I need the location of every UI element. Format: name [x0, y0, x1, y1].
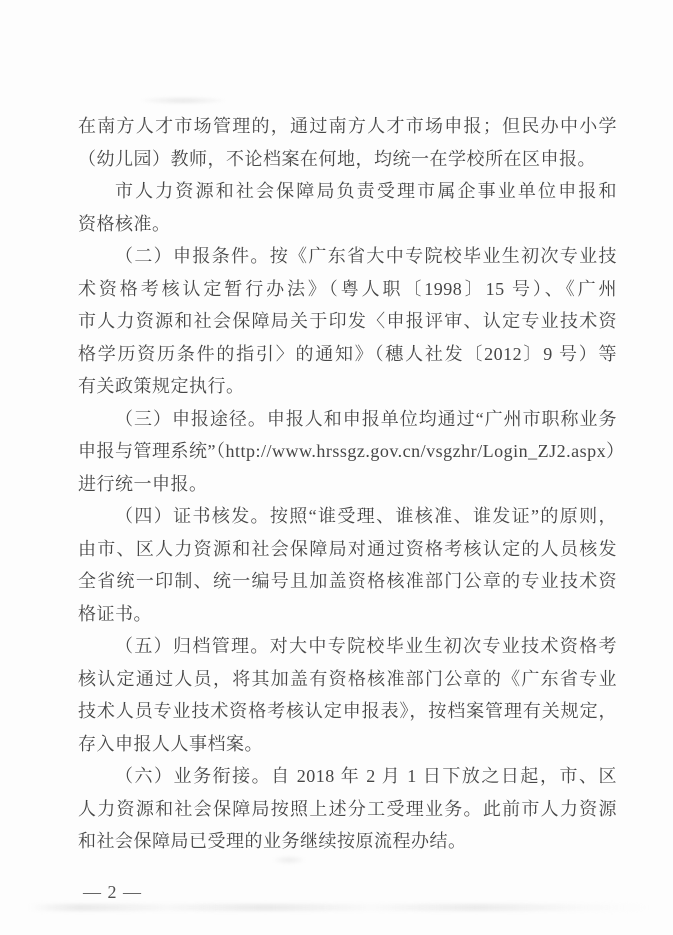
text-line: 全省统一印制、统一编号且加盖资格核准部门公章的专业技术资: [78, 565, 617, 598]
paragraph: 在南方人才市场管理的，通过南方人才市场申报；但民办中小学（幼儿园）教师，不论档案…: [78, 110, 617, 175]
paragraph: （四）证书核发。按照“谁受理、谁核准、谁发证”的原则，由市、区人力资源和社会保障…: [78, 500, 617, 630]
text-line: 和社会保障局已受理的业务继续按原流程办结。: [78, 825, 617, 858]
text-line: 有关政策规定执行。: [78, 370, 617, 403]
document-body: 在南方人才市场管理的，通过南方人才市场申报；但民办中小学（幼儿园）教师，不论档案…: [78, 110, 617, 858]
text-line: 术资格考核认定暂行办法》（粤人职〔1998〕15 号）、《广州: [78, 273, 617, 306]
paragraph: （二）申报条件。按《广东省大中专院校毕业生初次专业技术资格考核认定暂行办法》（粤…: [78, 240, 617, 403]
text-line: 在南方人才市场管理的，通过南方人才市场申报；但民办中小学: [78, 110, 617, 143]
scan-artifact: [138, 96, 228, 105]
text-line: 由市、区人力资源和社会保障局对通过资格考核认定的人员核发: [78, 533, 617, 566]
text-line: 格学历资历条件的指引〉的通知》（穗人社发〔2012〕9 号）等: [78, 338, 617, 371]
text-line: 格证书。: [78, 598, 617, 631]
text-line: （幼儿园）教师，不论档案在何地，均统一在学校所在区申报。: [78, 143, 617, 176]
text-line: （二）申报条件。按《广东省大中专院校毕业生初次专业技: [78, 240, 617, 273]
paragraph: 市人力资源和社会保障局负责受理市属企事业单位申报和资格核准。: [78, 175, 617, 240]
page-number: — 2 —: [83, 877, 142, 907]
text-line: 申报与管理系统”（http://www.hrssgz.gov.cn/vsgzhr…: [78, 435, 617, 468]
text-line: 存入申报人人事档案。: [78, 728, 617, 761]
text-line: 技术人员专业技术资格考核认定申报表》，按档案管理有关规定，: [78, 695, 617, 728]
text-line: 市人力资源和社会保障局负责受理市属企事业单位申报和: [78, 175, 617, 208]
text-line: （三）申报途径。申报人和申报单位均通过“广州市职称业务: [78, 403, 617, 436]
text-line: 核认定通过人员，将其加盖有资格核准部门公章的《广东省专业: [78, 663, 617, 696]
text-line: （五）归档管理。对大中专院校毕业生初次专业技术资格考: [78, 630, 617, 663]
paragraph: （五）归档管理。对大中专院校毕业生初次专业技术资格考核认定通过人员，将其加盖有资…: [78, 630, 617, 760]
text-line: 进行统一申报。: [78, 468, 617, 501]
text-line: 市人力资源和社会保障局关于印发〈申报评审、认定专业技术资: [78, 305, 617, 338]
text-line: 资格核准。: [78, 208, 617, 241]
paragraph: （三）申报途径。申报人和申报单位均通过“广州市职称业务申报与管理系统”（http…: [78, 403, 617, 501]
text-line: 人力资源和社会保障局按照上述分工受理业务。此前市人力资源: [78, 793, 617, 826]
paragraph: （六）业务衔接。自 2018 年 2 月 1 日下放之日起，市、区人力资源和社会…: [78, 760, 617, 858]
scanned-document-page: 在南方人才市场管理的，通过南方人才市场申报；但民办中小学（幼儿园）教师，不论档案…: [0, 0, 673, 935]
text-line: （四）证书核发。按照“谁受理、谁核准、谁发证”的原则，: [78, 500, 617, 533]
text-line: （六）业务衔接。自 2018 年 2 月 1 日下放之日起，市、区: [78, 760, 617, 793]
